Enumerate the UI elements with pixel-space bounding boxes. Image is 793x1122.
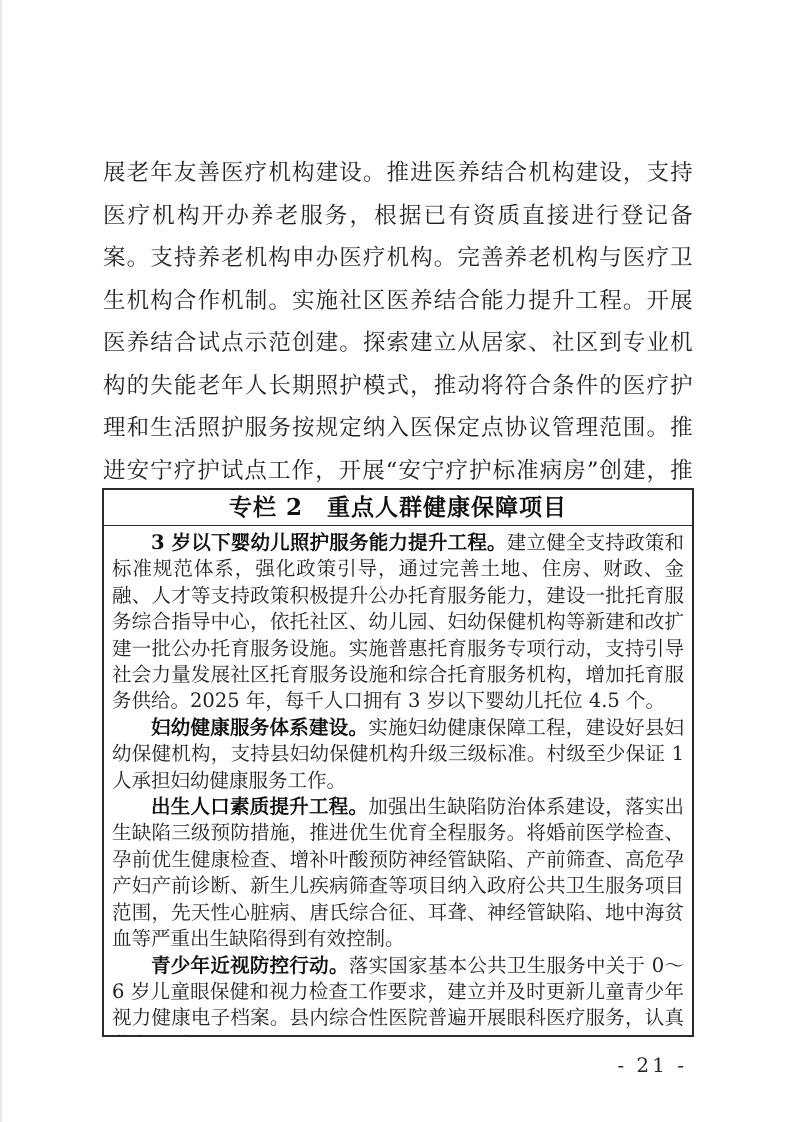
box-paragraph: 青少年近视防控行动。落实国家基本公共卫生服务中关于 0～6 岁儿童眼保健和视力检…: [112, 953, 684, 1038]
box-paragraph-text: 建立健全支持政策和标准规范体系，强化政策引导，通过完善土地、住房、财政、金融、人…: [112, 531, 684, 712]
box-paragraph: 出生人口素质提升工程。加强出生缺陷防治体系建设，落实出生缺陷三级预防措施，推进优…: [112, 794, 684, 952]
box-paragraph: 妇幼健康服务体系建设。实施妇幼健康保障工程，建设好县妇幼保健机构，支持县妇幼保健…: [112, 715, 684, 794]
page-number: - 21 -: [617, 1053, 687, 1077]
document-page: 展老年友善医疗机构建设。推进医养结合机构建设，支持医疗机构开办养老服务，根据已有…: [0, 0, 793, 1122]
box-paragraph-lead: 青少年近视防控行动。: [151, 954, 349, 977]
box-paragraph-lead: 出生人口素质提升工程。: [151, 795, 368, 818]
body-paragraph: 展老年友善医疗机构建设。推进医养结合机构建设，支持医疗机构开办养老服务，根据已有…: [103, 152, 693, 535]
box-paragraph-text: 加强出生缺陷防治体系建设，落实出生缺陷三级预防措施，推进优生优育全程服务。将婚前…: [112, 795, 684, 950]
feature-box: 专栏 2 重点人群健康保障项目 3 岁以下婴幼儿照护服务能力提升工程。建立健全支…: [102, 488, 694, 1037]
box-paragraph-lead: 妇幼健康服务体系建设。: [151, 716, 368, 739]
box-content: 3 岁以下婴幼儿照护服务能力提升工程。建立健全支持政策和标准规范体系，强化政策引…: [104, 526, 692, 1037]
scan-edge-artifact: [0, 0, 2, 1122]
box-paragraph: 3 岁以下婴幼儿照护服务能力提升工程。建立健全支持政策和标准规范体系，强化政策引…: [112, 530, 684, 715]
box-title: 专栏 2 重点人群健康保障项目: [104, 490, 692, 526]
box-paragraph-lead: 3 岁以下婴幼儿照护服务能力提升工程。: [151, 531, 507, 554]
